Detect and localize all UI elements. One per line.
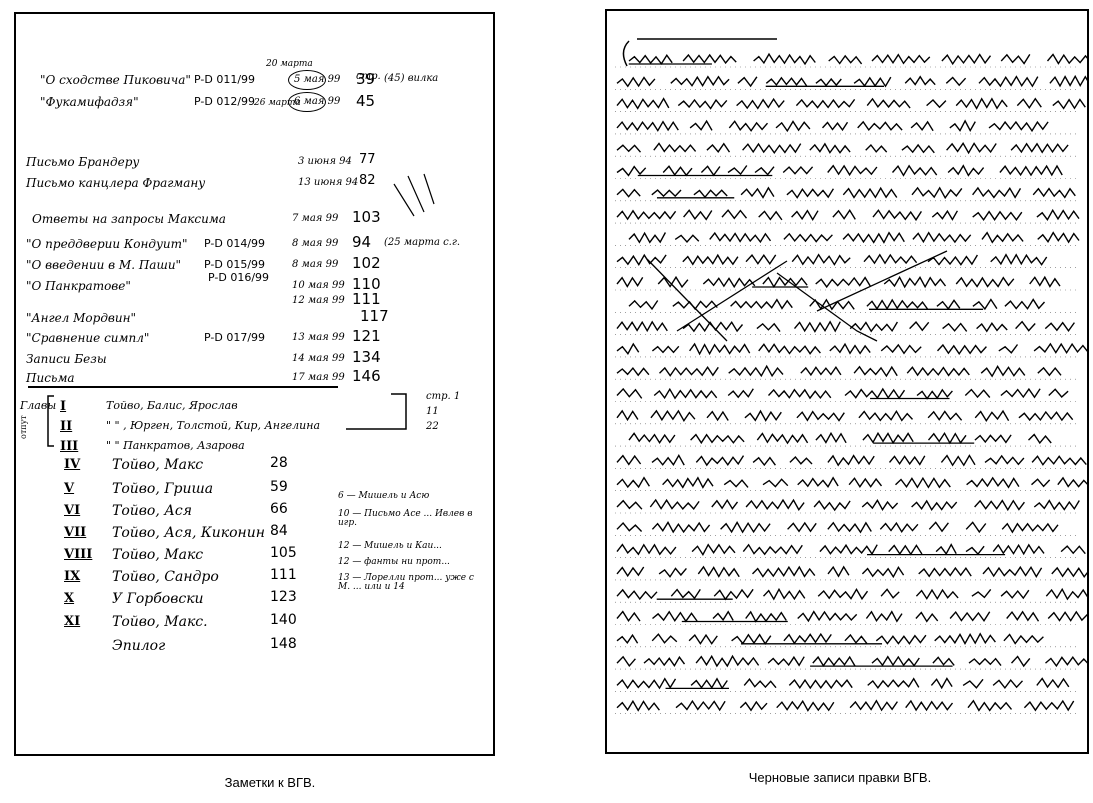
handwriting-line [617,567,1087,577]
handwriting-line [617,589,1087,599]
handwriting-line [629,433,1051,443]
handwriting-line [617,366,1061,376]
handwriting-line [617,701,1074,711]
insertion-mark [623,39,777,66]
handwriting-line [617,255,1047,265]
handwriting-line [617,344,1087,354]
handwriting-line [617,500,1079,510]
bracket-and-marks [16,14,493,754]
handwriting-line [617,188,1075,198]
handwriting-line [617,478,1087,488]
handwritten-draft-text [607,11,1087,752]
handwriting-line [617,143,1068,153]
handwriting-line [617,545,1085,555]
handwriting-line [617,522,1058,532]
handwriting-line [617,455,1086,465]
handwriting-line [617,76,1087,86]
draft-page-scan [605,9,1089,754]
handwriting-line [617,389,1068,399]
handwriting-line [617,679,1069,689]
notes-page-scan: стр. 20 марта "О сходстве Пиковича"P-D 0… [14,12,495,756]
handwriting-line [629,233,1079,243]
handwriting-line [617,634,1043,644]
handwriting-line [617,210,1079,220]
handwriting-line [617,612,1087,622]
handwriting-line [617,99,1085,109]
insertion-lines [647,251,947,341]
handwriting-line [617,121,1048,131]
caption-notes: Заметки к ВГВ. [150,775,390,790]
caption-draft: Черновые записи правки ВГВ. [690,770,990,785]
handwriting-line [617,166,1062,176]
handwriting-line [617,656,1087,666]
handwriting-line [617,411,1073,421]
handwriting-line [629,54,1087,64]
handwriting-line [617,277,1060,287]
